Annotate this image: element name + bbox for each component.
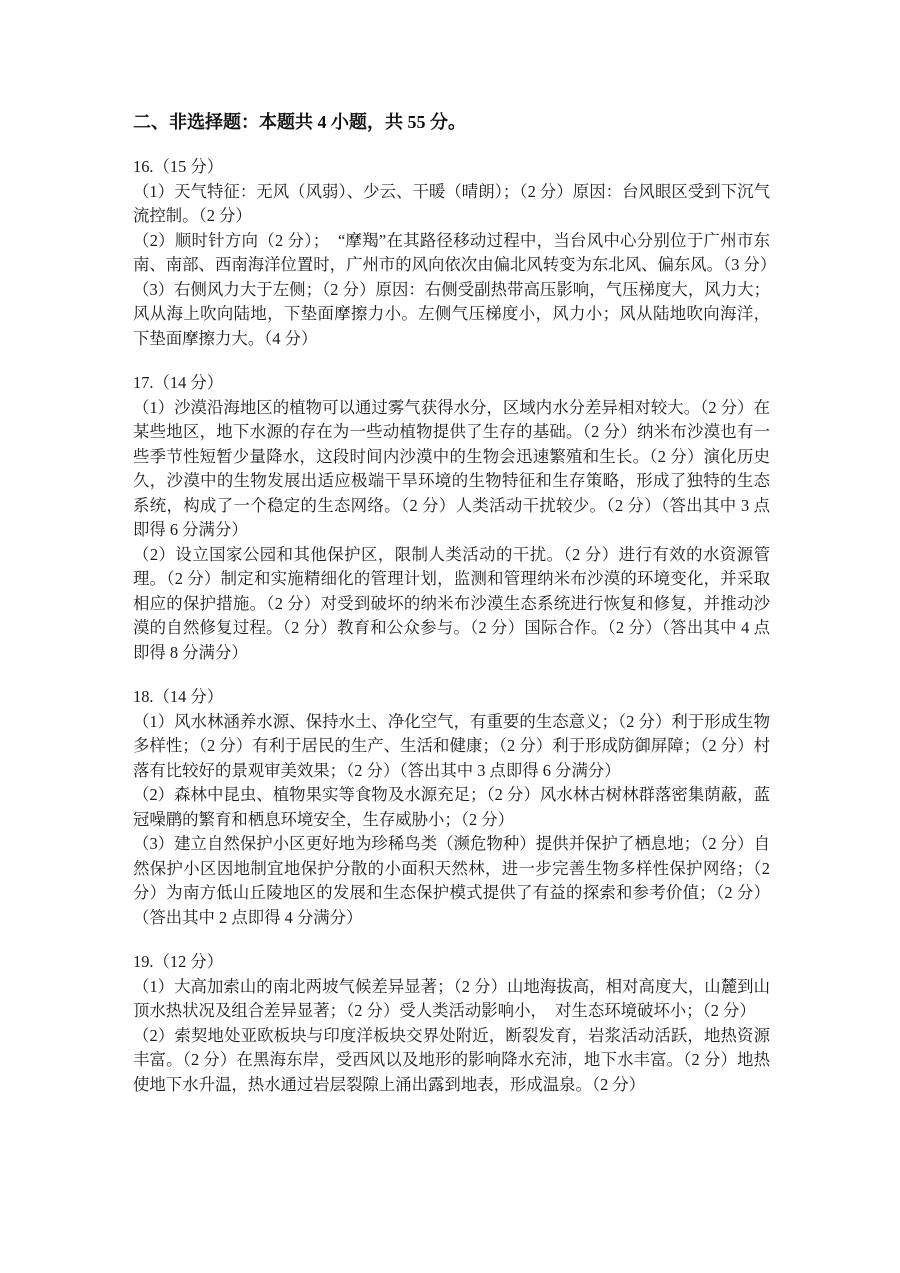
question-19: 19.（12 分）（1）大高加索山的南北两坡气候差异显著；（2 分）山地海拔高，…	[133, 950, 770, 1097]
question-18-answer-paragraph: （1）风水林涵养水源、保持水土、净化空气，有重要的生态意义；（2 分）利于形成生…	[133, 710, 770, 784]
answer-key-page: 二、非选择题：本题共 4 小题，共 55 分。 16.（15 分）（1）天气特征…	[0, 0, 900, 1273]
questions-container: 16.（15 分）（1）天气特征：无风（风弱）、少云、干暖（晴朗）；（2 分）原…	[133, 155, 770, 1097]
question-19-number: 19.（12 分）	[133, 950, 770, 975]
question-17: 17.（14 分）（1）沙漠沿海地区的植物可以通过雾气获得水分，区域内水分差异相…	[133, 371, 770, 665]
question-18: 18.（14 分）（1）风水林涵养水源、保持水土、净化空气，有重要的生态意义；（…	[133, 685, 770, 930]
question-17-number: 17.（14 分）	[133, 371, 770, 396]
question-16: 16.（15 分）（1）天气特征：无风（风弱）、少云、干暖（晴朗）；（2 分）原…	[133, 155, 770, 351]
question-17-answer-paragraph: （2）设立国家公园和其他保护区，限制人类活动的干扰。（2 分）进行有效的水资源管…	[133, 543, 770, 666]
question-17-answer-paragraph: （1）沙漠沿海地区的植物可以通过雾气获得水分，区域内水分差异相对较大。（2 分）…	[133, 396, 770, 543]
question-16-answer-paragraph: （3）右侧风力大于左侧；（2 分）原因：右侧受副热带高压影响，气压梯度大，风力大…	[133, 278, 770, 352]
question-18-answer-paragraph: （3）建立自然保护小区更好地为珍稀鸟类（濒危物种）提供并保护了栖息地；（2 分）…	[133, 832, 770, 930]
section-header: 二、非选择题：本题共 4 小题，共 55 分。	[133, 110, 770, 135]
question-16-answer-paragraph: （1）天气特征：无风（风弱）、少云、干暖（晴朗）；（2 分）原因：台风眼区受到下…	[133, 180, 770, 229]
question-19-answer-paragraph: （2）索契地处亚欧板块与印度洋板块交界处附近，断裂发育，岩浆活动活跃，地热资源丰…	[133, 1024, 770, 1098]
question-18-answer-paragraph: （2）森林中昆虫、植物果实等食物及水源充足；（2 分）风水林古树林群落密集荫蔽，…	[133, 783, 770, 832]
question-19-answer-paragraph: （1）大高加索山的南北两坡气候差异显著；（2 分）山地海拔高，相对高度大，山麓到…	[133, 975, 770, 1024]
question-16-number: 16.（15 分）	[133, 155, 770, 180]
question-18-number: 18.（14 分）	[133, 685, 770, 710]
question-16-answer-paragraph: （2）顺时针方向（2 分）； “摩羯”在其路径移动过程中，当台风中心分别位于广州…	[133, 229, 770, 278]
